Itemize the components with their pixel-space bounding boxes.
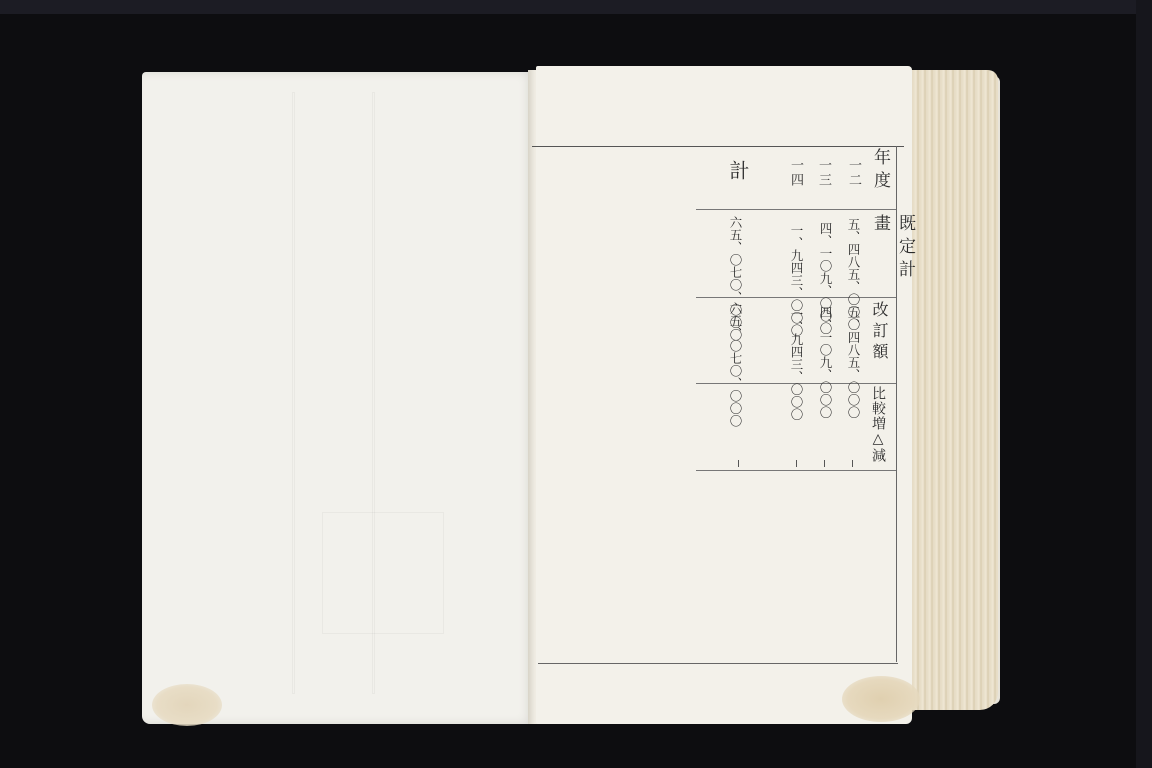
page-block-edges — [906, 70, 998, 710]
difference-dash — [852, 460, 853, 467]
difference-dash — [796, 460, 797, 467]
year-cell: 一四 — [786, 158, 805, 188]
row-divider — [696, 470, 896, 471]
difference-dash — [738, 460, 739, 467]
budget-table: 年度 既定計畫 改訂額 比較増△減 一二 一三 一四 計 五、四八五、〇〇〇 四… — [696, 146, 896, 470]
header-difference: 比較増△減 — [868, 386, 888, 468]
difference-dash — [824, 460, 825, 467]
total-label: 計 — [724, 160, 753, 186]
revised-cell: 五、四八五、〇〇〇 — [844, 306, 862, 419]
scanner-frame-right — [1136, 0, 1152, 768]
right-page-stain — [842, 676, 920, 722]
left-page — [142, 72, 534, 724]
revised-cell: 一、九四三、〇〇〇 — [787, 308, 805, 421]
revised-cell: 四、一〇九、〇〇〇 — [816, 306, 834, 419]
bleed-through-line — [292, 92, 295, 694]
header-fiscal-year: 年度 — [868, 148, 893, 208]
year-cell: 一三 — [814, 158, 833, 188]
header-planned: 既定計畫 — [868, 214, 918, 296]
left-page-stain — [152, 684, 222, 726]
page-bottom-rule — [538, 663, 898, 664]
header-revised: 改訂額 — [868, 301, 891, 381]
revised-total-cell: 六五、〇七〇、〇〇〇 — [726, 302, 744, 427]
bleed-through-box — [322, 512, 444, 634]
row-divider — [696, 209, 896, 210]
year-cell: 一二 — [844, 158, 863, 188]
scanner-frame-top — [0, 0, 1152, 14]
